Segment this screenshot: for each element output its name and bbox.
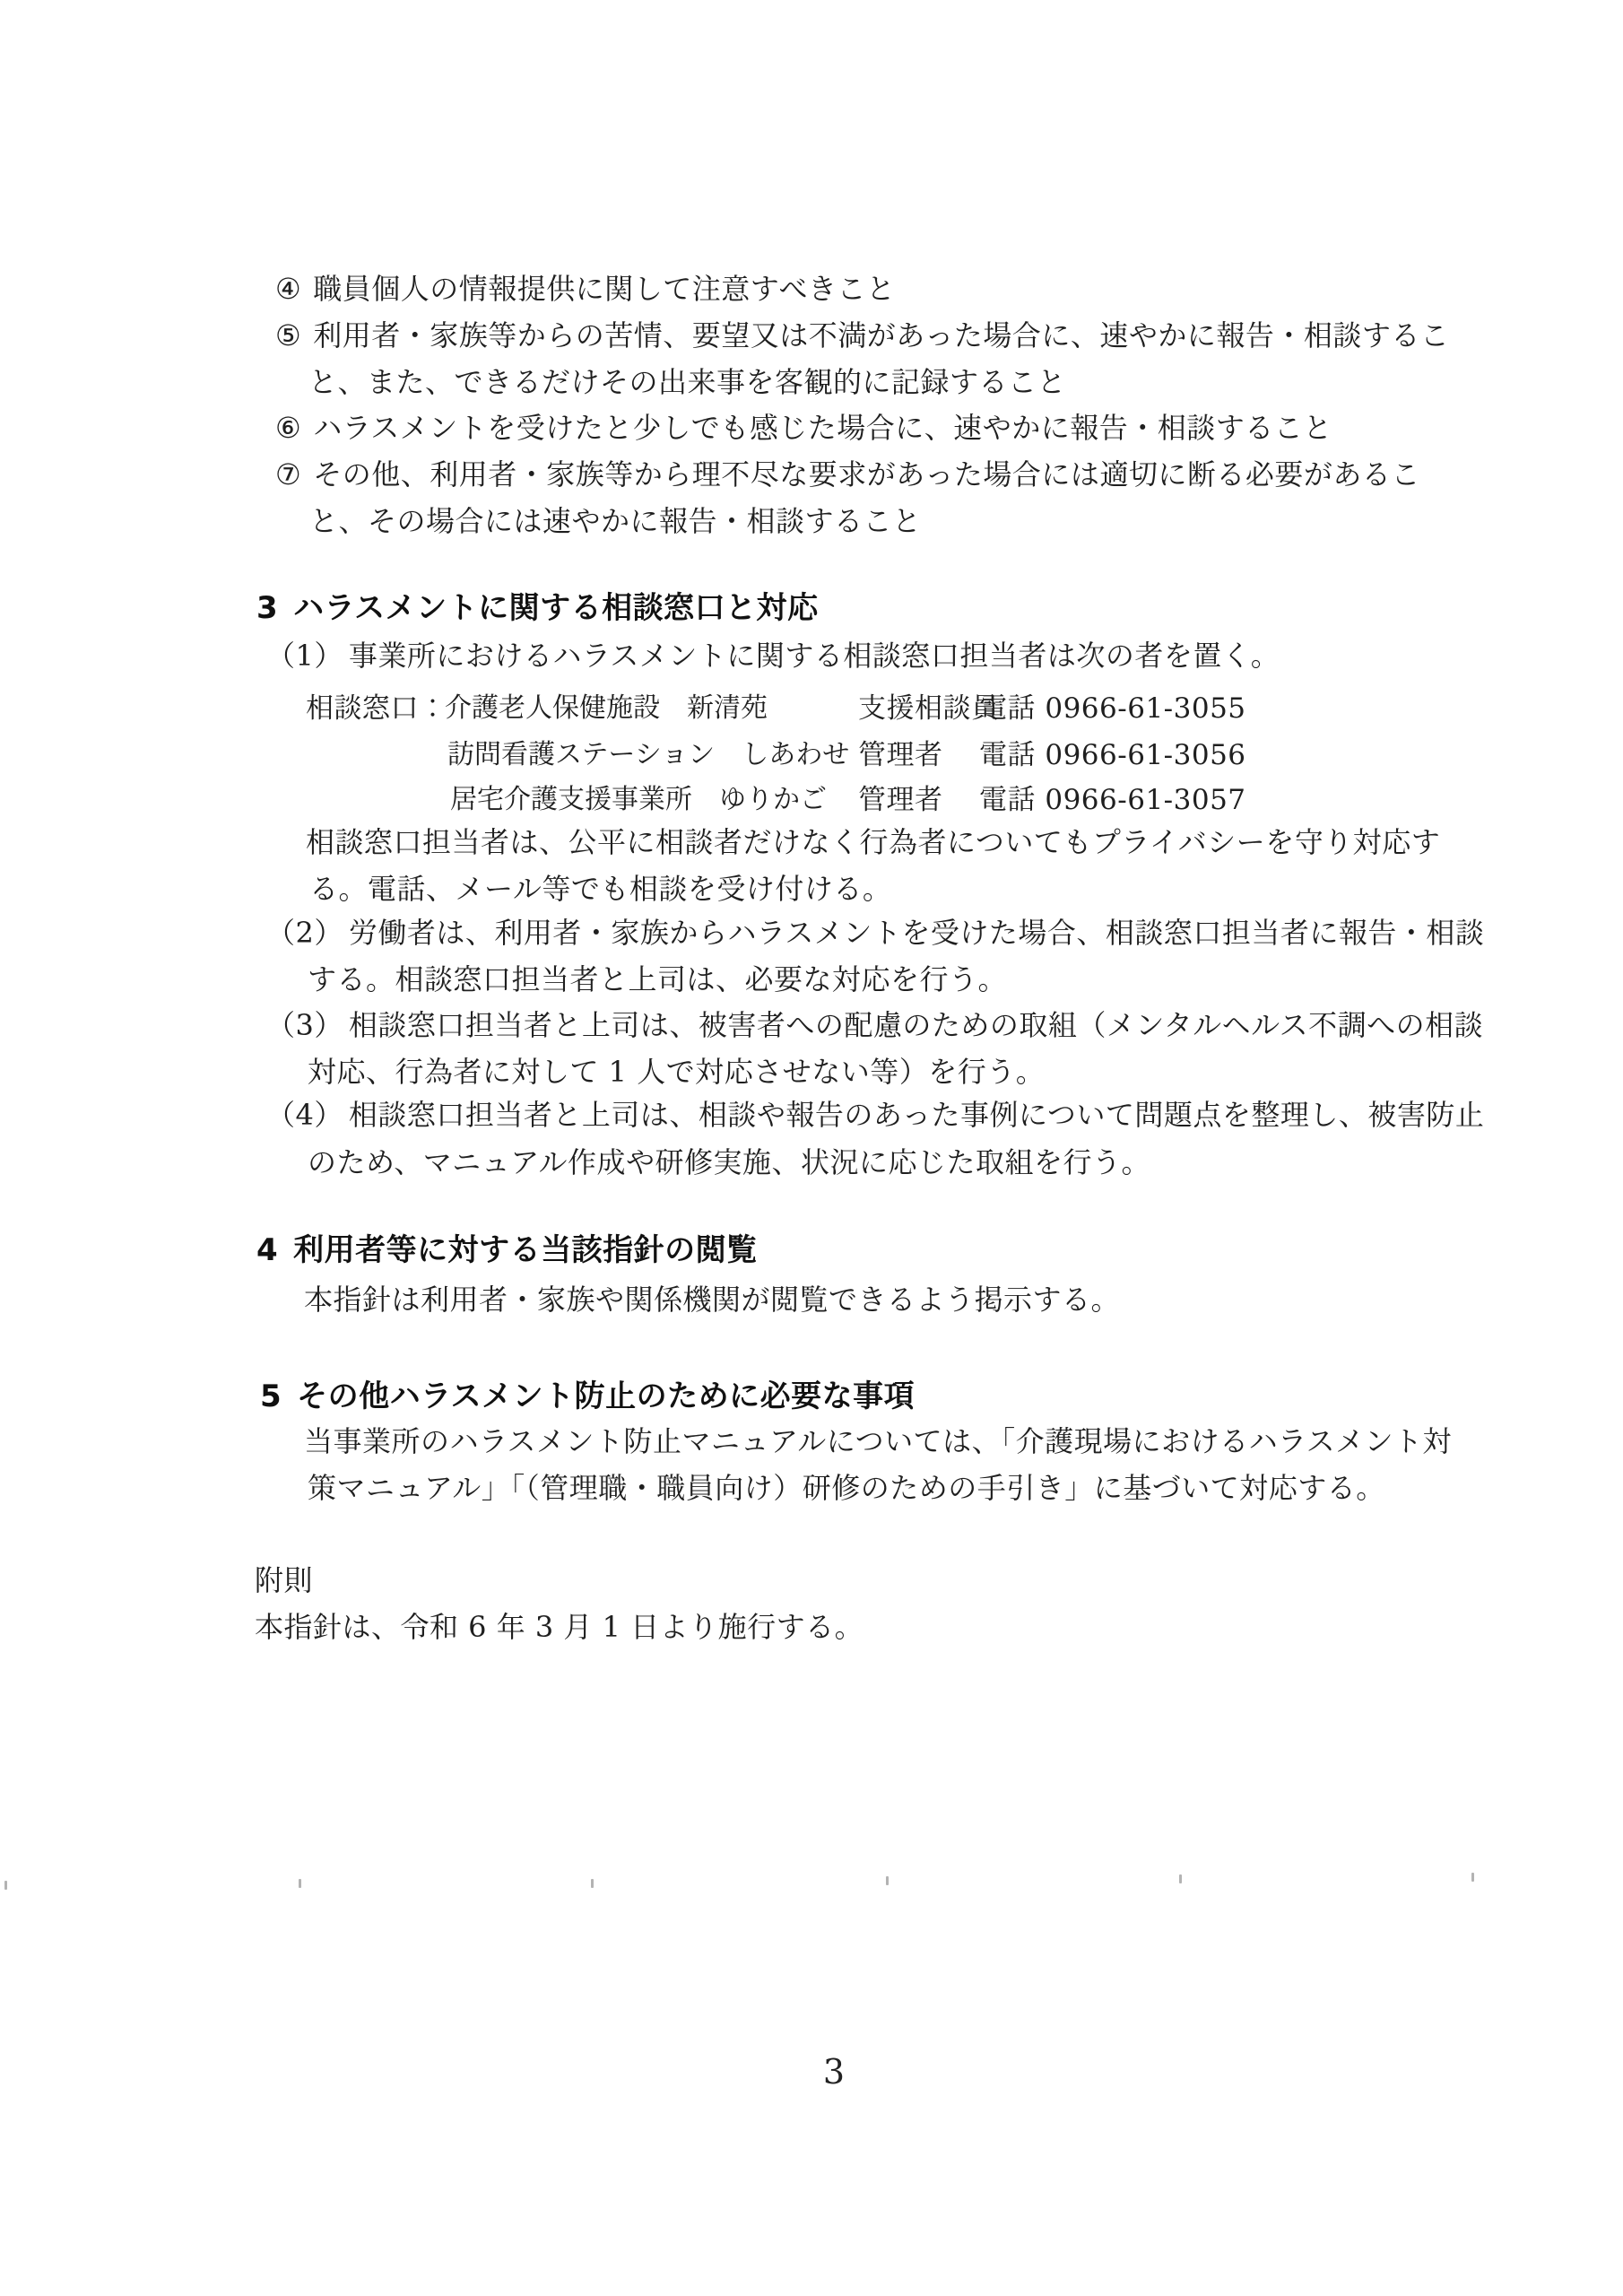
appendix-title: 附則 bbox=[255, 1563, 313, 1597]
contact-row: 相談窓口： 介護老人保健施設 新清苑 支援相談員 電話 0966-61-3055 bbox=[0, 685, 1623, 721]
scan-speck bbox=[591, 1879, 594, 1888]
scan-speck bbox=[299, 1879, 301, 1888]
item-marker: ⑦ bbox=[275, 457, 301, 491]
contact-tel: 電話 0966-61-3055 bbox=[979, 685, 1246, 726]
item-marker: ④ bbox=[275, 272, 301, 306]
section-3-heading: 3ハラスメントに関する相談窓口と対応 bbox=[256, 590, 819, 627]
section-number: 4 bbox=[256, 1232, 278, 1269]
contact-facility: 訪問看護ステーション しあわせ bbox=[447, 732, 849, 771]
section-number: 5 bbox=[260, 1378, 282, 1415]
item-text: 労働者は、利用者・家族からハラスメントを受けた場合、相談窓口担当者に報告・相談 bbox=[349, 916, 1485, 950]
item-text: その他、利用者・家族等から理不尽な要求があった場合には適切に断る必要があるこ bbox=[313, 457, 1420, 491]
section3-note-line2: る。電話、メール等でも相談を受け付ける。 bbox=[309, 872, 891, 906]
item-text: ハラスメントを受けたと少しでも感じた場合に、速やかに報告・相談すること bbox=[313, 411, 1332, 445]
section5-body-line2: 策マニュアル」「（管理職・職員向け）研修のための手引き」に基づいて対応する。 bbox=[308, 1471, 1385, 1505]
list-item-6: ⑥ハラスメントを受けたと少しでも感じた場合に、速やかに報告・相談すること bbox=[275, 411, 1332, 445]
item-marker: （3） bbox=[266, 1008, 343, 1042]
section3-item-3-cont: 対応、行為者に対して 1 人で対応させない等）を行う。 bbox=[308, 1055, 1045, 1089]
contact-label: 相談窓口： bbox=[306, 685, 447, 726]
section5-body-line1: 当事業所のハラスメント防止マニュアルについては、「介護現場におけるハラスメント対 bbox=[304, 1424, 1452, 1458]
section-5-heading: 5その他ハラスメント防止のために必要な事項 bbox=[260, 1378, 915, 1415]
item-text: 事業所におけるハラスメントに関する相談窓口担当者は次の者を置く。 bbox=[349, 639, 1280, 673]
contact-tel: 電話 0966-61-3057 bbox=[979, 777, 1246, 817]
list-item-7-cont: と、その場合には速やかに報告・相談すること bbox=[309, 504, 922, 538]
list-item-4: ④職員個人の情報提供に関して注意すべきこと bbox=[275, 272, 896, 306]
contact-tel: 電話 0966-61-3056 bbox=[979, 732, 1246, 772]
item-marker: （2） bbox=[266, 916, 343, 950]
section4-body: 本指針は利用者・家族や関係機関が閲覧できるよう掲示する。 bbox=[304, 1283, 1120, 1317]
contact-role: 管理者 bbox=[858, 732, 943, 772]
contact-row: 訪問看護ステーション しあわせ 管理者 電話 0966-61-3056 bbox=[0, 732, 1623, 768]
contact-facility: 介護老人保健施設 新清苑 bbox=[445, 685, 768, 725]
section3-item-4: （4）相談窓口担当者と上司は、相談や報告のあった事例について問題点を整理し、被害… bbox=[266, 1098, 1484, 1132]
scan-speck bbox=[886, 1876, 889, 1885]
item-marker: ⑤ bbox=[275, 318, 301, 352]
item-marker: ⑥ bbox=[275, 411, 301, 445]
contact-role: 管理者 bbox=[858, 777, 943, 817]
scan-speck bbox=[4, 1881, 7, 1890]
list-item-5-cont: と、また、できるだけその出来事を客観的に記録すること bbox=[308, 365, 1066, 399]
scan-speck bbox=[1471, 1873, 1474, 1882]
section-number: 3 bbox=[256, 590, 278, 627]
section-title: 利用者等に対する当該指針の閲覧 bbox=[293, 1232, 758, 1268]
contact-role: 支援相談員 bbox=[858, 685, 1000, 726]
section3-note-line1: 相談窓口担当者は、公平に相談者だけなく行為者についてもプライバシーを守り対応す bbox=[306, 825, 1440, 859]
item-text: 相談窓口担当者と上司は、被害者への配慮のための取組（メンタルヘルス不調への相談 bbox=[349, 1008, 1483, 1042]
item-marker: （1） bbox=[266, 639, 343, 673]
section3-item-4-cont: のため、マニュアル作成や研修実施、状況に応じた取組を行う。 bbox=[308, 1145, 1150, 1179]
scan-speck bbox=[1179, 1874, 1182, 1883]
page-number: 3 bbox=[789, 2052, 879, 2092]
section3-item-2: （2）労働者は、利用者・家族からハラスメントを受けた場合、相談窓口担当者に報告・… bbox=[266, 916, 1484, 950]
item-text: 相談窓口担当者と上司は、相談や報告のあった事例について問題点を整理し、被害防止 bbox=[349, 1098, 1485, 1132]
list-item-5: ⑤利用者・家族等からの苦情、要望又は不満があった場合に、速やかに報告・相談するこ bbox=[275, 318, 1449, 352]
document-page: ④職員個人の情報提供に関して注意すべきこと ⑤利用者・家族等からの苦情、要望又は… bbox=[0, 0, 1623, 2296]
section-4-heading: 4利用者等に対する当該指針の閲覧 bbox=[256, 1232, 758, 1269]
appendix-body: 本指針は、令和 6 年 3 月 1 日より施行する。 bbox=[255, 1610, 864, 1644]
item-text: 利用者・家族等からの苦情、要望又は不満があった場合に、速やかに報告・相談するこ bbox=[313, 318, 1449, 352]
item-text: 職員個人の情報提供に関して注意すべきこと bbox=[313, 272, 895, 306]
list-item-7: ⑦その他、利用者・家族等から理不尽な要求があった場合には適切に断る必要があるこ bbox=[275, 457, 1420, 491]
contact-row: 居宅介護支援事業所 ゆりかご 管理者 電話 0966-61-3057 bbox=[0, 777, 1623, 813]
contact-facility: 居宅介護支援事業所 ゆりかご bbox=[450, 777, 827, 816]
item-marker: （4） bbox=[266, 1098, 343, 1132]
section3-item-2-cont: する。相談窓口担当者と上司は、必要な対応を行う。 bbox=[308, 962, 1007, 996]
section-title: その他ハラスメント防止のために必要な事項 bbox=[297, 1378, 915, 1414]
section-title: ハラスメントに関する相談窓口と対応 bbox=[293, 590, 818, 626]
section3-item-1: （1）事業所におけるハラスメントに関する相談窓口担当者は次の者を置く。 bbox=[266, 639, 1280, 673]
section3-item-3: （3）相談窓口担当者と上司は、被害者への配慮のための取組（メンタルヘルス不調への… bbox=[266, 1008, 1483, 1042]
